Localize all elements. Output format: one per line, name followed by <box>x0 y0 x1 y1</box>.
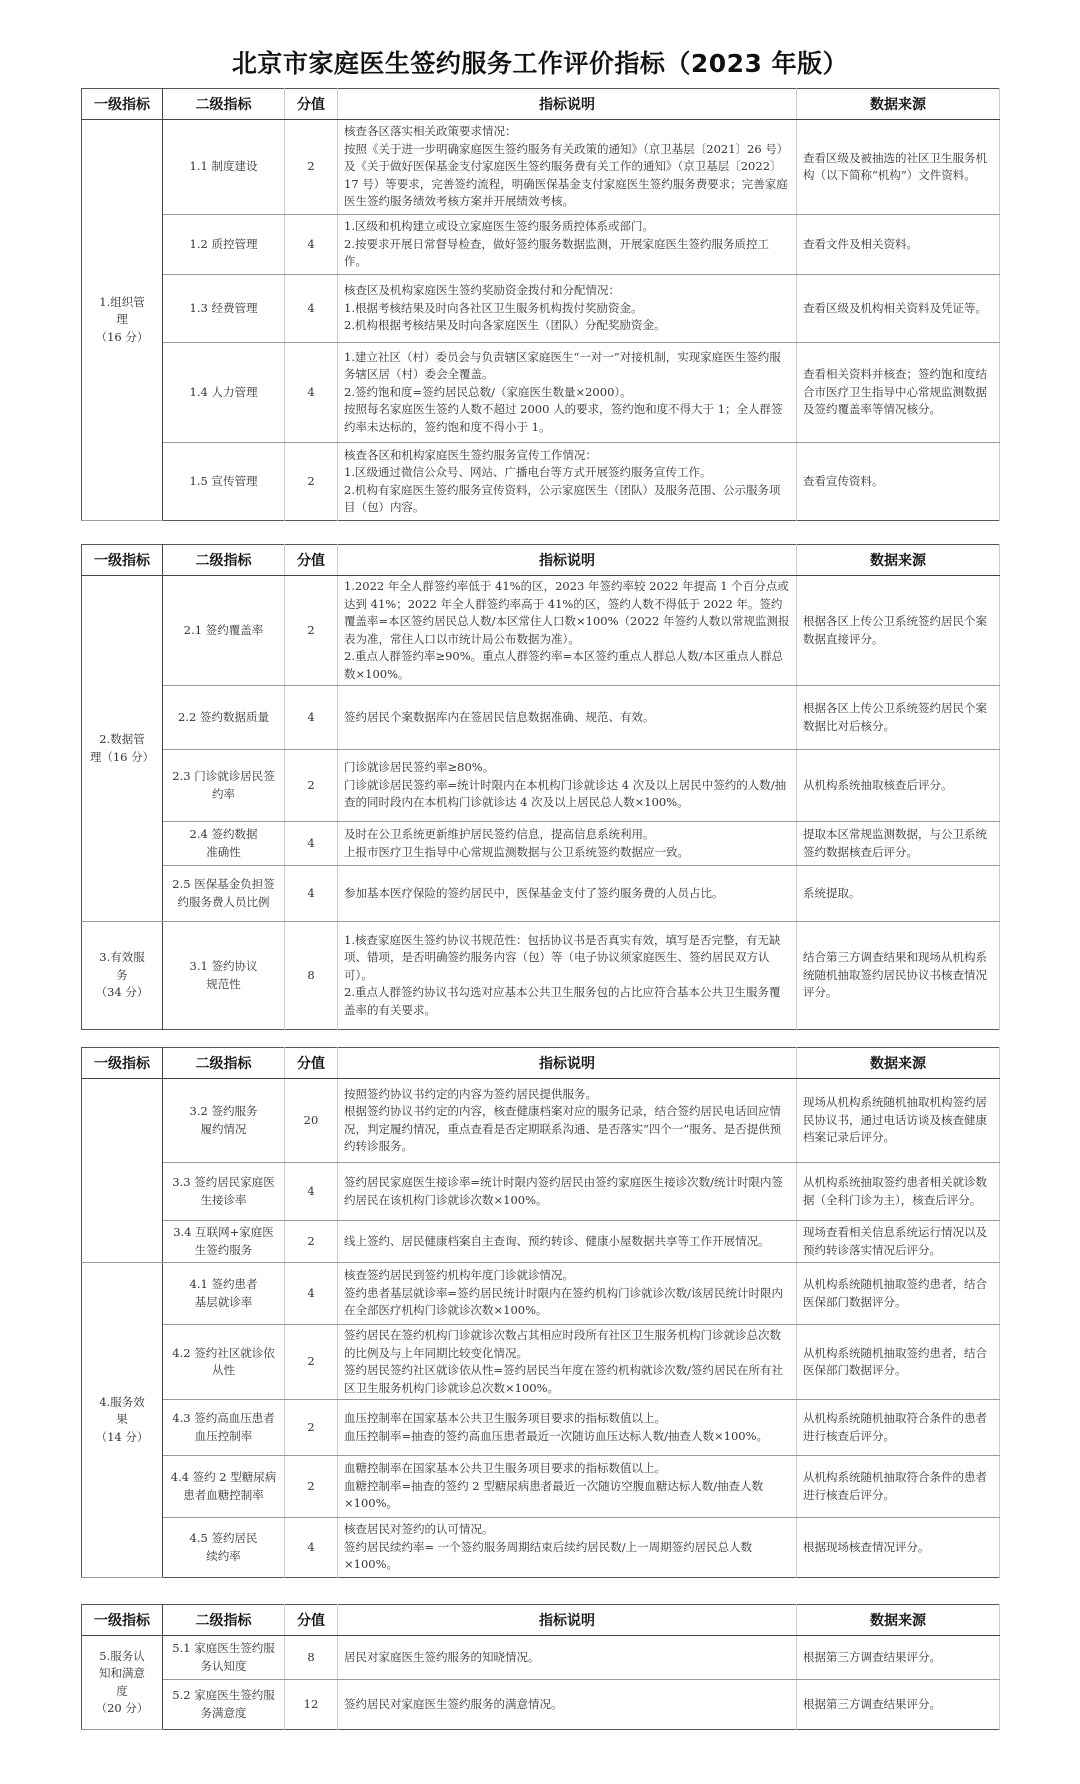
header-level1: 一级指标 <box>82 545 163 576</box>
description-cell: 居民对家庭医生签约服务的知晓情况。 <box>338 1636 797 1680</box>
header-level1: 一级指标 <box>82 1605 163 1636</box>
header-description: 指标说明 <box>338 545 797 576</box>
header-score: 分值 <box>285 1048 338 1079</box>
score-cell: 4 <box>285 1163 338 1221</box>
level2-cell: 1.1 制度建设 <box>163 120 285 215</box>
description-cell: 签约居民对家庭医生签约服务的满意情况。 <box>338 1680 797 1730</box>
header-data-source: 数据来源 <box>797 1048 1000 1079</box>
data-source-cell: 从机构系统抽取签约患者相关就诊数据（全科门诊为主），核查后评分。 <box>797 1163 1000 1221</box>
data-source-cell: 结合第三方调查结果和现场从机构系统随机抽取签约居民协议书核查情况评分。 <box>797 922 1000 1030</box>
header-data-source: 数据来源 <box>797 545 1000 576</box>
description-cell: 按照签约协议书约定的内容为签约居民提供服务。 根据签约协议书约定的内容，核查健康… <box>338 1079 797 1163</box>
score-cell: 8 <box>285 1636 338 1680</box>
description-cell: 签约居民个案数据库内在签居民信息数据准确、规范、有效。 <box>338 686 797 750</box>
level2-cell: 1.3 经费管理 <box>163 275 285 343</box>
table-row: 2.4 签约数据 准确性 4 及时在公卫系统更新维护居民签约信息，提高信息系统利… <box>82 822 1000 866</box>
table-row: 2.3 门诊就诊居民签约率 2 门诊就诊居民签约率≥80%。 门诊就诊居民签约率… <box>82 750 1000 822</box>
data-source-cell: 根据各区上传公卫系统签约居民个案数据直接评分。 <box>797 576 1000 686</box>
description-cell: 核查各区和机构家庭医生签约服务宣传工作情况： 1.区级通过微信公众号、网站、广播… <box>338 443 797 521</box>
score-cell: 2 <box>285 1456 338 1518</box>
level1-cell: 4.服务效 果 （14 分） <box>82 1263 163 1578</box>
level1-cell: 3.有效服 务 （34 分） <box>82 922 163 1030</box>
data-source-cell: 从机构系统抽取核查后评分。 <box>797 750 1000 822</box>
level2-cell: 2.1 签约覆盖率 <box>163 576 285 686</box>
description-cell: 核查居民对签约的认可情况。 签约居民续约率= 一个签约服务周期结束后续约居民数/… <box>338 1518 797 1578</box>
level1-cell <box>82 1079 163 1263</box>
description-cell: 血糖控制率在国家基本公共卫生服务项目要求的指标数值以上。 血糖控制率=抽查的签约… <box>338 1456 797 1518</box>
header-score: 分值 <box>285 89 338 120</box>
level2-cell: 5.2 家庭医生签约服务满意度 <box>163 1680 285 1730</box>
level2-cell: 3.1 签约协议 规范性 <box>163 922 285 1030</box>
evaluation-table-4: 一级指标 二级指标 分值 指标说明 数据来源 5.服务认 知和满意 度 （20 … <box>81 1604 1000 1730</box>
level2-cell: 4.5 签约居民 续约率 <box>163 1518 285 1578</box>
description-cell: 门诊就诊居民签约率≥80%。 门诊就诊居民签约率=统计时限内在本机构门诊就诊达 … <box>338 750 797 822</box>
header-data-source: 数据来源 <box>797 1605 1000 1636</box>
table-row: 5.服务认 知和满意 度 （20 分） 5.1 家庭医生签约服务认知度 8 居民… <box>82 1636 1000 1680</box>
header-score: 分值 <box>285 1605 338 1636</box>
score-cell: 2 <box>285 1325 338 1400</box>
table-row: 3.有效服 务 （34 分） 3.1 签约协议 规范性 8 1.核查家庭医生签约… <box>82 922 1000 1030</box>
table-row: 3.4 互联网+家庭医生签约服务 2 线上签约、居民健康档案自主查询、预约转诊、… <box>82 1221 1000 1263</box>
header-score: 分值 <box>285 545 338 576</box>
data-source-cell: 从机构系统随机抽取符合条件的患者进行核查后评分。 <box>797 1400 1000 1456</box>
description-cell: 1.建立社区（村）委员会与负责辖区家庭医生“一对一”对接机制，实现家庭医生签约服… <box>338 343 797 443</box>
score-cell: 4 <box>285 1518 338 1578</box>
header-level2: 二级指标 <box>163 1605 285 1636</box>
score-cell: 4 <box>285 866 338 922</box>
level2-cell: 4.3 签约高血压患者血压控制率 <box>163 1400 285 1456</box>
table-row: 1.3 经费管理 4 核查区及机构家庭医生签约奖励资金拨付和分配情况： 1.根据… <box>82 275 1000 343</box>
header-description: 指标说明 <box>338 89 797 120</box>
table-header-row: 一级指标 二级指标 分值 指标说明 数据来源 <box>82 1048 1000 1079</box>
score-cell: 20 <box>285 1079 338 1163</box>
score-cell: 2 <box>285 1400 338 1456</box>
data-source-cell: 查看区级及被抽选的社区卫生服务机构（以下简称“机构”）文件资料。 <box>797 120 1000 215</box>
header-description: 指标说明 <box>338 1605 797 1636</box>
score-cell: 4 <box>285 215 338 275</box>
description-cell: 核查签约居民到签约机构年度门诊就诊情况。 签约患者基层就诊率=签约居民统计时限内… <box>338 1263 797 1325</box>
table-row: 5.2 家庭医生签约服务满意度 12 签约居民对家庭医生签约服务的满意情况。 根… <box>82 1680 1000 1730</box>
table-row: 2.5 医保基金负担签约服务费人员比例 4 参加基本医疗保险的签约居民中，医保基… <box>82 866 1000 922</box>
level1-cell: 5.服务认 知和满意 度 （20 分） <box>82 1636 163 1730</box>
table-row: 3.2 签约服务 履约情况 20 按照签约协议书约定的内容为签约居民提供服务。 … <box>82 1079 1000 1163</box>
table-row: 2.数据管 理（16 分） 2.1 签约覆盖率 2 1.2022 年全人群签约率… <box>82 576 1000 686</box>
table-row: 2.2 签约数据质量 4 签约居民个案数据库内在签居民信息数据准确、规范、有效。… <box>82 686 1000 750</box>
data-source-cell: 从机构系统随机抽取符合条件的患者进行核查后评分。 <box>797 1456 1000 1518</box>
data-source-cell: 从机构系统随机抽取签约患者，结合医保部门数据评分。 <box>797 1325 1000 1400</box>
level1-cell: 1.组织管 理 （16 分） <box>82 120 163 521</box>
description-cell: 1.核查家庭医生签约协议书规范性：包括协议书是否真实有效，填写是否完整，有无缺项… <box>338 922 797 1030</box>
data-source-cell: 查看相关资料并核查；签约饱和度结合市医疗卫生指导中心常规监测数据及签约覆盖率等情… <box>797 343 1000 443</box>
table-header-row: 一级指标 二级指标 分值 指标说明 数据来源 <box>82 1605 1000 1636</box>
level1-label: 1.组织管 理 （16 分） <box>96 295 149 344</box>
level2-cell: 4.4 签约 2 型糖尿病患者血糖控制率 <box>163 1456 285 1518</box>
header-level2: 二级指标 <box>163 1048 285 1079</box>
level2-cell: 2.3 门诊就诊居民签约率 <box>163 750 285 822</box>
header-level2: 二级指标 <box>163 545 285 576</box>
score-cell: 4 <box>285 1263 338 1325</box>
data-source-cell: 系统提取。 <box>797 866 1000 922</box>
data-source-cell: 查看宣传资料。 <box>797 443 1000 521</box>
data-source-cell: 查看区级及机构相关资料及凭证等。 <box>797 275 1000 343</box>
table-row: 1.组织管 理 （16 分） 1.1 制度建设 2 核查各区落实相关政策要求情况… <box>82 120 1000 215</box>
score-cell: 4 <box>285 822 338 866</box>
data-source-cell: 现场查看相关信息系统运行情况以及预约转诊落实情况后评分。 <box>797 1221 1000 1263</box>
data-source-cell: 根据第三方调查结果评分。 <box>797 1680 1000 1730</box>
data-source-cell: 现场从机构系统随机抽取机构签约居民协议书，通过电话访谈及核查健康档案记录后评分。 <box>797 1079 1000 1163</box>
score-cell: 2 <box>285 750 338 822</box>
table-header-row: 一级指标 二级指标 分值 指标说明 数据来源 <box>82 545 1000 576</box>
score-cell: 12 <box>285 1680 338 1730</box>
level1-label: 3.有效服 务 （34 分） <box>96 950 149 999</box>
description-cell: 参加基本医疗保险的签约居民中，医保基金支付了签约服务费的人员占比。 <box>338 866 797 922</box>
score-cell: 2 <box>285 576 338 686</box>
table-header-row: 一级指标 二级指标 分值 指标说明 数据来源 <box>82 89 1000 120</box>
description-cell: 血压控制率在国家基本公共卫生服务项目要求的指标数值以上。 血压控制率=抽查的签约… <box>338 1400 797 1456</box>
table-row: 3.3 签约居民家庭医生接诊率 4 签约居民家庭医生接诊率=统计时限内签约居民由… <box>82 1163 1000 1221</box>
table-row: 4.2 签约社区就诊依从性 2 签约居民在签约机构门诊就诊次数占其相应时段所有社… <box>82 1325 1000 1400</box>
header-level1: 一级指标 <box>82 1048 163 1079</box>
data-source-cell: 提取本区常规监测数据，与公卫系统签约数据核查后评分。 <box>797 822 1000 866</box>
score-cell: 4 <box>285 343 338 443</box>
description-cell: 线上签约、居民健康档案自主查询、预约转诊、健康小屋数据共享等工作开展情况。 <box>338 1221 797 1263</box>
table-row: 4.3 签约高血压患者血压控制率 2 血压控制率在国家基本公共卫生服务项目要求的… <box>82 1400 1000 1456</box>
level2-cell: 4.1 签约患者 基层就诊率 <box>163 1263 285 1325</box>
header-data-source: 数据来源 <box>797 89 1000 120</box>
level2-cell: 1.2 质控管理 <box>163 215 285 275</box>
level2-cell: 1.5 宣传管理 <box>163 443 285 521</box>
level2-cell: 3.3 签约居民家庭医生接诊率 <box>163 1163 285 1221</box>
level2-cell: 1.4 人力管理 <box>163 343 285 443</box>
data-source-cell: 查看文件及相关资料。 <box>797 215 1000 275</box>
description-cell: 1.区级和机构建立或设立家庭医生签约服务质控体系或部门。 2.按要求开展日常督导… <box>338 215 797 275</box>
description-cell: 1.2022 年全人群签约率低于 41%的区，2023 年签约率较 2022 年… <box>338 576 797 686</box>
table-row: 1.5 宣传管理 2 核查各区和机构家庭医生签约服务宣传工作情况： 1.区级通过… <box>82 443 1000 521</box>
level2-cell: 2.5 医保基金负担签约服务费人员比例 <box>163 866 285 922</box>
data-source-cell: 根据各区上传公卫系统签约居民个案数据比对后核分。 <box>797 686 1000 750</box>
level2-cell: 3.2 签约服务 履约情况 <box>163 1079 285 1163</box>
score-cell: 2 <box>285 120 338 215</box>
level1-label: 4.服务效 果 （14 分） <box>96 1395 149 1444</box>
score-cell: 4 <box>285 275 338 343</box>
description-cell: 签约居民在签约机构门诊就诊次数占其相应时段所有社区卫生服务机构门诊就诊总次数的比… <box>338 1325 797 1400</box>
description-cell: 及时在公卫系统更新维护居民签约信息，提高信息系统利用。 上报市医疗卫生指导中心常… <box>338 822 797 866</box>
table-row: 1.4 人力管理 4 1.建立社区（村）委员会与负责辖区家庭医生“一对一”对接机… <box>82 343 1000 443</box>
table-row: 1.2 质控管理 4 1.区级和机构建立或设立家庭医生签约服务质控体系或部门。 … <box>82 215 1000 275</box>
description-cell: 核查区及机构家庭医生签约奖励资金拨付和分配情况： 1.根据考核结果及时向各社区卫… <box>338 275 797 343</box>
description-cell: 核查各区落实相关政策要求情况： 按照《关于进一步明确家庭医生签约服务有关政策的通… <box>338 120 797 215</box>
level1-cell: 2.数据管 理（16 分） <box>82 576 163 922</box>
score-cell: 4 <box>285 686 338 750</box>
data-source-cell: 根据第三方调查结果评分。 <box>797 1636 1000 1680</box>
header-level2: 二级指标 <box>163 89 285 120</box>
level2-cell: 3.4 互联网+家庭医生签约服务 <box>163 1221 285 1263</box>
level2-cell: 2.2 签约数据质量 <box>163 686 285 750</box>
header-description: 指标说明 <box>338 1048 797 1079</box>
table-row: 4.4 签约 2 型糖尿病患者血糖控制率 2 血糖控制率在国家基本公共卫生服务项… <box>82 1456 1000 1518</box>
page-title: 北京市家庭医生签约服务工作评价指标（2023 年版） <box>0 44 1080 80</box>
table-row: 4.服务效 果 （14 分） 4.1 签约患者 基层就诊率 4 核查签约居民到签… <box>82 1263 1000 1325</box>
level2-cell: 5.1 家庭医生签约服务认知度 <box>163 1636 285 1680</box>
score-cell: 2 <box>285 443 338 521</box>
level1-label: 5.服务认 知和满意 度 （20 分） <box>96 1649 149 1716</box>
description-cell: 签约居民家庭医生接诊率=统计时限内签约居民由签约家庭医生接诊次数/统计时限内签约… <box>338 1163 797 1221</box>
score-cell: 8 <box>285 922 338 1030</box>
evaluation-table-3: 一级指标 二级指标 分值 指标说明 数据来源 3.2 签约服务 履约情况 20 … <box>81 1047 1000 1578</box>
header-level1: 一级指标 <box>82 89 163 120</box>
data-source-cell: 从机构系统随机抽取签约患者，结合医保部门数据评分。 <box>797 1263 1000 1325</box>
level2-cell: 4.2 签约社区就诊依从性 <box>163 1325 285 1400</box>
data-source-cell: 根据现场核查情况评分。 <box>797 1518 1000 1578</box>
level1-label: 2.数据管 理（16 分） <box>90 732 154 764</box>
evaluation-table-1: 一级指标 二级指标 分值 指标说明 数据来源 1.组织管 理 （16 分） 1.… <box>81 88 1000 521</box>
table-row: 4.5 签约居民 续约率 4 核查居民对签约的认可情况。 签约居民续约率= 一个… <box>82 1518 1000 1578</box>
score-cell: 2 <box>285 1221 338 1263</box>
level2-cell: 2.4 签约数据 准确性 <box>163 822 285 866</box>
evaluation-table-2: 一级指标 二级指标 分值 指标说明 数据来源 2.数据管 理（16 分） 2.1… <box>81 544 1000 1030</box>
